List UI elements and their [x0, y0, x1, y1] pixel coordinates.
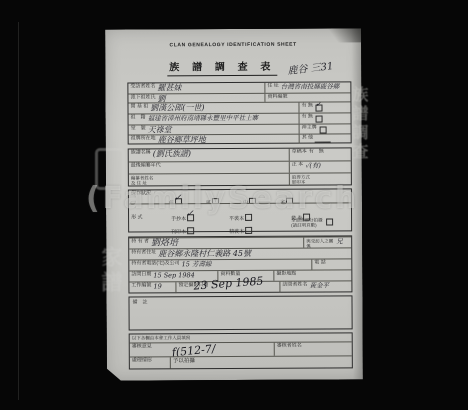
table-row: 開 基 祖 劉漢公郎(一世) 有 無 ✓ — [128, 101, 350, 113]
condition-label-cell: 保存狀況 — [129, 190, 167, 203]
holder-tel-value: 15 芳壽線 — [182, 261, 212, 268]
table-row: 族譜名稱 (劉氏族譜) 草稿本 有 無 — [129, 148, 351, 161]
table-row: 處理情形 予以拍攝 — [130, 355, 352, 368]
checkbox-empty — [326, 218, 333, 225]
compile-year-cell: 最後編纂年代 — [129, 162, 289, 174]
scanned-microfilm-frame: (FamilySearch 家譜 族譜調查 CLAN GENEALOGY IDE… — [0, 0, 468, 410]
site-cell: 祖牌所在地 鹿谷鄉草坪地 — [129, 135, 299, 145]
relation-cell: 與受訪人之關係 兄 — [303, 237, 351, 247]
original-mark: ✓(有) — [305, 163, 321, 170]
staff-note-cell: 以下各欄由本會工作人員填寫 — [130, 334, 193, 342]
founder-check-label: 有 無 — [301, 104, 312, 110]
obtain-cell: 取得方式 影印本 — [289, 173, 351, 185]
tablet-check-label: 神主牌 — [302, 126, 317, 132]
option-label-stack: 全部或部分拍攝 (請註明頁數) — [291, 218, 323, 229]
checkbox-empty — [212, 198, 219, 203]
origin-check-cell: 有 無 — [299, 113, 351, 123]
remarks-label: 備 註 — [133, 300, 148, 306]
respondent-name-label: 受訪者姓名 — [130, 84, 155, 90]
founder-check-cell: 有 無 ✓ — [298, 102, 350, 112]
checkbox-empty — [249, 198, 256, 203]
handling-value: 予以拍攝 — [173, 358, 195, 364]
origin-value: 福建省漳州府南靖縣永豐里中平社上寨 — [148, 115, 259, 122]
draft-label: 草稿本 — [292, 150, 307, 156]
hall-value: 天祿堂 — [148, 126, 172, 134]
condition-option: 中 — [243, 191, 256, 203]
handwritten-page-code: 鹿谷 三31 — [287, 57, 334, 77]
checkbox-empty — [286, 198, 293, 204]
format-option: 全部或部分拍攝 (請註明頁數) — [291, 217, 333, 228]
site-label: 祖牌所在地 — [131, 136, 156, 142]
holder-name-value: 劉烙培 — [151, 239, 178, 248]
visitor-cell: 訪問者姓名 黃金平 — [279, 281, 351, 292]
respondent-name-cell: 受訪者姓名 羅甚妹 — [128, 83, 264, 94]
relation-value: 兄 — [336, 238, 343, 245]
hall-label: 堂 號 — [131, 126, 146, 132]
original-cell: 正 本 ✓(有) — [289, 161, 351, 172]
opinion-value-cell: f(512-7/ — [170, 343, 274, 357]
shoot-place-cell: 攝影地點 — [273, 270, 351, 280]
holder-addr-label: 持有者住址 — [131, 250, 156, 256]
visitor-label: 訪問者姓名 — [282, 283, 307, 289]
visitor-value: 黃金平 — [309, 283, 329, 290]
site-value: 鹿谷鄉草坪地 — [158, 136, 206, 144]
checkbox-empty — [245, 227, 252, 234]
tel-cell: 電 話 — [311, 259, 351, 269]
file-no-label: 資料編號 — [267, 95, 287, 101]
founder-value: 劉漢公郎(一世) — [150, 104, 204, 112]
handwritten-opinion: f(512-7/ — [171, 343, 216, 357]
condition-label: 保存狀況 — [131, 191, 151, 197]
table-row: 編纂者姓名 及 住 址 取得方式 影印本 — [129, 172, 351, 186]
origin-label: 祖 籍 — [131, 115, 146, 121]
condition-option: 佳✓ — [169, 191, 182, 203]
clan-label: 派下祖姓氏 — [130, 95, 155, 101]
checkbox-empty — [316, 116, 323, 123]
genealogy-survey-sheet: CLAN GENEALOGY IDENTIFICATION SHEET 族 譜 … — [105, 28, 363, 380]
compile-year-label: 最後編纂年代 — [131, 163, 161, 169]
film-edge-line — [18, 22, 19, 400]
table-row: 派下祖姓氏 劉 資料編號 — [128, 92, 350, 102]
table-row: 持 有 者 劉烙培 與受訪人之關係 兄 — [129, 236, 351, 248]
opinion-label: 審核意見 — [132, 344, 152, 350]
holder-addr-cell: 持有者住址 鹿谷鄉永隆村仁義路 45號 — [129, 248, 351, 259]
checkbox-empty — [320, 127, 327, 134]
table-row: 持有者住址 鹿谷鄉永隆村仁義路 45號 — [129, 247, 351, 259]
holder-name-cell: 持 有 者 劉烙培 — [129, 238, 303, 249]
respondent-section: 受訪者姓名 羅甚妹 住 址 台灣省南投縣鹿谷鄉 派下祖姓氏 劉 資料編號 — [127, 81, 351, 144]
edge-shadow — [351, 28, 363, 379]
tel-label: 電 話 — [314, 261, 325, 267]
format-grid: 手抄本✓ 刊印本 平裝本 精裝本 微 卷 全部或部分拍攝 (請註明頁數) — [167, 203, 351, 232]
handling-label: 處理情形 — [132, 358, 152, 364]
work-no-label: 工作編號 — [131, 283, 151, 289]
work-no-value: 19 — [153, 283, 161, 290]
origin-cell: 祖 籍 福建省漳州府南靖縣永豐里中平社上寨 — [129, 114, 299, 125]
option-label: 精裝本 — [229, 229, 244, 235]
option-label: 刊印本 — [171, 229, 186, 235]
checkbox-checked: ✓ — [316, 105, 323, 112]
table-row: 祖牌所在地 鹿谷鄉草坪地 其 他 — [129, 133, 351, 144]
hall-cell: 堂 號 天祿堂 — [129, 125, 299, 135]
address-label: 住 址 — [267, 84, 278, 90]
original-label: 正 本 — [292, 163, 303, 169]
book-title-cell: 族譜名稱 (劉氏族譜) — [129, 149, 289, 162]
file-no-cell: 資料編號 — [264, 93, 350, 101]
review-section: 以下各欄由本會工作人員填寫 審核意見 f(512-7/ 審核者姓名 處理情形 — [129, 332, 353, 369]
other-label: 其 他 — [302, 136, 313, 142]
reviewer-label: 審核者姓名 — [277, 344, 302, 350]
other-cell: 其 他 — [299, 134, 351, 143]
checkbox-empty — [187, 227, 194, 234]
work-no-cell: 工作編號 19 — [129, 282, 175, 293]
founder-label: 開 基 祖 — [130, 104, 148, 110]
founder-cell: 開 基 祖 劉漢公郎(一世) — [128, 103, 298, 114]
survey-section: 保存狀況 佳✓ 可 中 劣 形 式 手抄本✓ 刊印本 平裝本 精裝本 — [128, 188, 352, 232]
origin-check-label: 有 無 — [302, 115, 313, 121]
form-title: 族 譜 調 查 表 — [167, 58, 277, 77]
checkbox-checked: ✓ — [175, 198, 182, 203]
condition-option: 可 — [206, 191, 219, 203]
blank-line — [315, 135, 331, 142]
visit-date-value: 15 Sep 1984 — [153, 272, 194, 279]
address-value: 台灣省南投縣鹿谷鄉 — [281, 83, 340, 90]
table-row: 持有者電話(宅)及公司 15 芳壽線 電 話 — [129, 258, 351, 270]
shoot-place-label: 攝影地點 — [276, 272, 296, 278]
remarks-section: 備 註 — [128, 295, 352, 330]
check-mark: ✓ — [186, 209, 194, 219]
format-label-cell: 形 式 — [129, 204, 167, 232]
address-cell: 住 址 台灣省南投縣鹿谷鄉 — [264, 82, 350, 92]
table-row: 形 式 手抄本✓ 刊印本 平裝本 精裝本 微 卷 全部或部分拍攝 (請註明頁數) — [129, 202, 351, 232]
compiler-label2: 及 住 址 — [131, 181, 147, 186]
option-label: 中 — [243, 200, 248, 203]
staff-note: 以下各欄由本會工作人員填寫 — [132, 335, 191, 341]
clan-value: 劉 — [157, 95, 165, 102]
check-mark: ✓ — [315, 102, 323, 109]
holder-tel-cell: 持有者電話(宅)及公司 15 芳壽線 — [129, 260, 311, 271]
option-note: (請註明頁數) — [291, 223, 323, 229]
holder-addr-value: 鹿谷鄉永隆村仁義路 45號 — [158, 250, 251, 258]
table-row: 最後編纂年代 正 本 ✓(有) — [129, 160, 351, 173]
handling-value-cell: 予以拍攝 — [170, 356, 352, 368]
check-mark: ✓ — [174, 193, 182, 203]
holder-name-label: 持 有 者 — [131, 239, 149, 245]
holder-section: 23 Sep 1985 持 有 者 劉烙培 與受訪人之關係 兄 持有者住址 鹿谷… — [128, 235, 352, 293]
condition-options: 佳✓ 可 中 劣 — [167, 189, 351, 203]
genealogy-section: 族譜名稱 (劉氏族譜) 草稿本 有 無 最後編纂年代 正 本 ✓(有) — [128, 147, 352, 186]
clan-cell: 派下祖姓氏 劉 — [128, 94, 264, 103]
respondent-name-value: 羅甚妹 — [157, 84, 181, 92]
condition-option: 劣 — [280, 191, 293, 204]
obtain-label2: 影印本 — [292, 180, 306, 185]
format-label: 形 式 — [131, 216, 142, 222]
visit-date-label: 訪問日期 — [131, 272, 151, 278]
english-header: CLAN GENEALOGY IDENTIFICATION SHEET — [105, 41, 361, 48]
table-row: 保存狀況 佳✓ 可 中 劣 — [129, 189, 351, 203]
draft-cell: 草稿本 有 無 — [289, 148, 351, 160]
opinion-label-cell: 審核意見 — [130, 343, 170, 356]
watermark-logo-icon: ( — [86, 181, 102, 216]
table-row: 審核意見 f(512-7/ 審核者姓名 — [130, 341, 352, 356]
draft-options: 有 無 — [309, 150, 324, 156]
book-title-label: 族譜名稱 — [131, 150, 151, 156]
book-title-value: (劉氏族譜) — [153, 150, 191, 158]
handling-label-cell: 處理情形 — [130, 357, 170, 368]
relation-label: 與受訪人之關係 — [306, 238, 334, 247]
reviewer-cell: 審核者姓名 — [274, 342, 352, 355]
table-row: 受訪者姓名 羅甚妹 住 址 台灣省南投縣鹿谷鄉 — [128, 82, 350, 93]
option-label: 可 — [206, 200, 211, 203]
table-row: 祖 籍 福建省漳州府南靖縣永豐里中平社上寨 有 無 — [129, 112, 351, 124]
tablet-check-cell: 神主牌 — [299, 124, 351, 133]
holder-tel-label: 持有者電話(宅)及公司 — [131, 261, 179, 267]
table-row: 堂 號 天祿堂 神主牌 — [129, 123, 351, 134]
compiler-cell: 編纂者姓名 及 住 址 — [129, 174, 289, 187]
